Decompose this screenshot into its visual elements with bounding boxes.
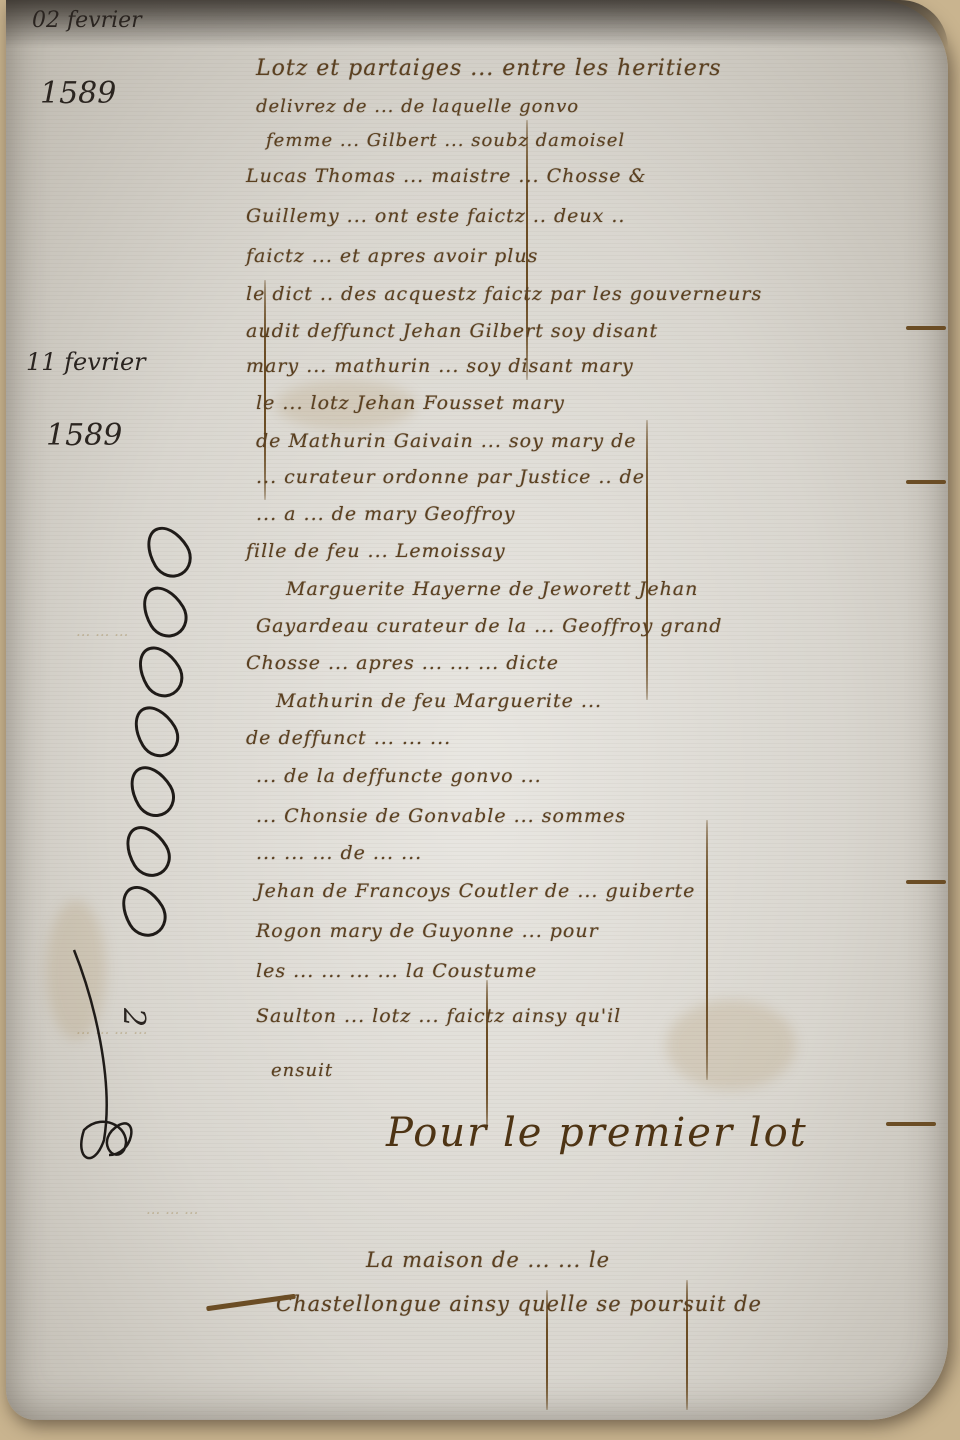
loop-mark bbox=[137, 518, 199, 585]
body-line: Lucas Thomas ... maistre ... Chosse & bbox=[246, 165, 647, 187]
loop-mark bbox=[112, 877, 174, 944]
loop-mark bbox=[133, 578, 195, 645]
bleed-through-text: ... ... ... bbox=[146, 1200, 198, 1218]
body-line: ... a ... de mary Geoffroy bbox=[256, 503, 516, 525]
descender-stroke bbox=[486, 980, 488, 1130]
loop-mark bbox=[129, 638, 191, 705]
body-line: Jehan de Francoys Coutler de ... guibert… bbox=[256, 880, 695, 902]
closing-line: La maison de ... ... le bbox=[366, 1248, 610, 1272]
body-line: Guillemy ... ont este faictz .. deux .. bbox=[246, 205, 625, 227]
margin-vertical-marks bbox=[118, 523, 211, 996]
body-line: le ... lotz Jehan Fousset mary bbox=[256, 392, 565, 414]
body-line: Chosse ... apres ... ... ... dicte bbox=[246, 652, 559, 674]
descender-stroke bbox=[646, 420, 648, 700]
line-filler-dash bbox=[886, 1122, 936, 1126]
body-line: audit deffunct Jehan Gilbert soy disant bbox=[246, 320, 658, 342]
body-line: Gayardeau curateur de la ... Geoffroy gr… bbox=[256, 615, 722, 637]
body-line: ... de la deffuncte gonvo ... bbox=[256, 765, 542, 787]
manuscript-page: ... ... ... ... ... ... ... ... ... ... … bbox=[6, 0, 948, 1420]
body-line: Lotz et partaiges ... entre les heritier… bbox=[256, 56, 722, 81]
bleed-through-text: ... ... ... bbox=[76, 622, 128, 640]
page-top-shadow bbox=[6, 0, 948, 48]
body-line: delivrez de ... de laquelle gonvo bbox=[256, 96, 579, 117]
body-line: femme ... Gilbert ... soubz damoisel bbox=[266, 130, 625, 151]
closing-line: Chastellongue ainsy quelle se poursuit d… bbox=[276, 1292, 762, 1316]
body-line: de Mathurin Gaivain ... soy mary de bbox=[256, 430, 637, 452]
margin-date-middle: 11 fevrier bbox=[26, 348, 146, 376]
body-line: mary ... mathurin ... soy disant mary bbox=[246, 355, 634, 377]
body-line: ... ... ... de ... ... bbox=[256, 842, 422, 864]
line-filler-dash bbox=[906, 880, 946, 884]
margin-year-middle: 1589 bbox=[46, 418, 122, 453]
body-line: le dict .. des acquestz faictz par les g… bbox=[246, 283, 762, 305]
body-line: les ... ... ... ... la Coustume bbox=[256, 960, 537, 982]
margin-year-top: 1589 bbox=[40, 76, 116, 111]
body-line: Saulton ... lotz ... faictz ainsy qu'il bbox=[256, 1005, 621, 1027]
section-heading: Pour le premier lot bbox=[386, 1110, 808, 1156]
loop-mark bbox=[121, 758, 183, 825]
body-line: ensuit bbox=[271, 1060, 333, 1081]
body-line: Marguerite Hayerne de Jeworett Jehan bbox=[286, 578, 698, 600]
line-filler-dash bbox=[906, 326, 946, 330]
body-line: Rogon mary de Guyonne ... pour bbox=[256, 920, 599, 942]
ink-stain bbox=[666, 1000, 796, 1090]
body-line: ... curateur ordonne par Justice .. de bbox=[256, 466, 645, 488]
body-line: fille de feu ... Lemoissay bbox=[246, 540, 506, 562]
line-filler-dash bbox=[906, 480, 946, 484]
paraph-flourish-icon bbox=[64, 940, 144, 1170]
body-line: faictz ... et apres avoir plus bbox=[246, 245, 538, 267]
loop-mark bbox=[117, 818, 179, 885]
body-line: Mathurin de feu Marguerite ... bbox=[276, 690, 602, 712]
margin-date-top: 02 fevrier bbox=[32, 8, 142, 33]
body-line: ... Chonsie de Gonvable ... sommes bbox=[256, 805, 626, 827]
loop-mark bbox=[125, 698, 187, 765]
descender-stroke bbox=[706, 820, 708, 1080]
body-line: de deffunct ... ... ... bbox=[246, 727, 451, 749]
